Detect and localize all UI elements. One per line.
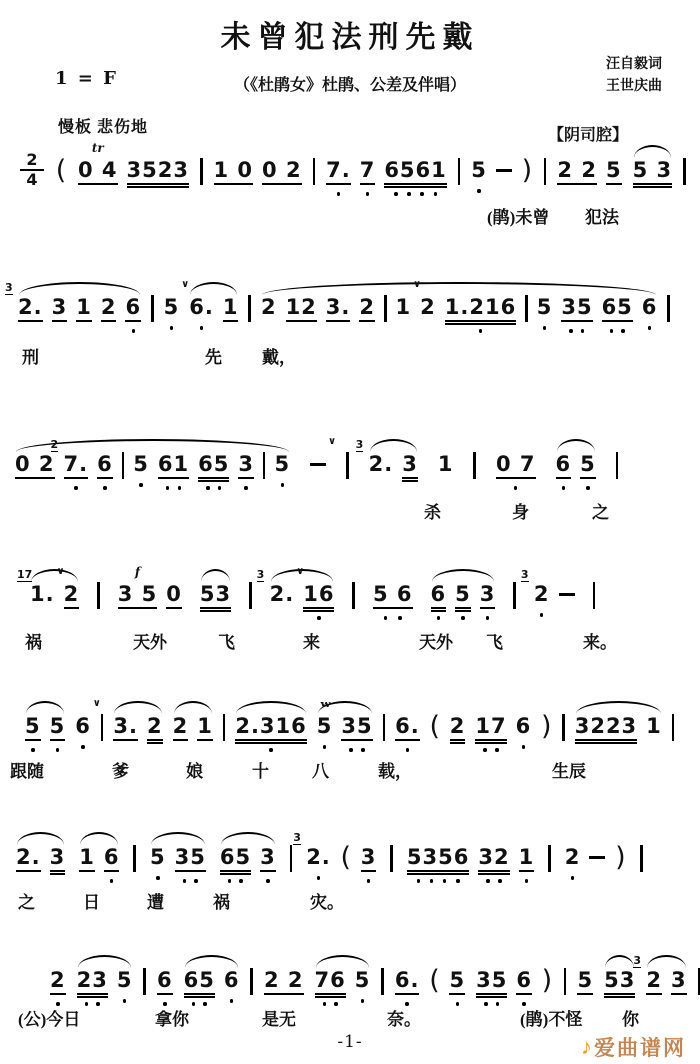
note-token: 16 <box>303 582 334 620</box>
barline <box>200 158 203 185</box>
note-digits: 65 <box>198 452 229 479</box>
duration-dash <box>310 463 326 466</box>
note-token: 2 <box>359 295 375 322</box>
slur-group: 65 <box>556 452 596 490</box>
note-digits: 5 6 <box>373 582 413 609</box>
note-digits: 35 <box>175 845 206 872</box>
barline <box>525 295 528 322</box>
note-token: 5 <box>455 582 471 620</box>
note-digits: 17 <box>475 714 506 741</box>
parenthesis: ) <box>614 845 626 871</box>
grace-note: 3 <box>257 569 265 582</box>
note-token: 3 <box>361 845 377 883</box>
note-digits: 3 <box>671 968 687 995</box>
note-digits: 3 <box>480 582 496 609</box>
lyric: 祸 <box>213 888 230 913</box>
octave-dots <box>516 745 532 749</box>
lyric: 先 <box>205 343 222 368</box>
note-digits: 5 <box>537 295 553 319</box>
parenthesis: ) <box>541 968 553 994</box>
note-token: 35 <box>341 714 372 752</box>
note-token: 65 <box>198 452 229 490</box>
breath-mark-icon: ∨ <box>93 698 101 710</box>
note-token: 5 3 <box>633 158 673 185</box>
note-token: 1 <box>438 452 454 476</box>
note-group: 2) <box>565 845 627 880</box>
note-token: tr0 4 <box>78 158 118 185</box>
note-digits: 6. <box>189 295 214 319</box>
music-line-6: 2.31653565332.(353563212) <box>0 845 700 883</box>
note-group: ∨ <box>310 452 326 466</box>
note-token: f3 5 <box>118 582 158 609</box>
note-token: 35 <box>561 295 592 333</box>
note-digits: 2. <box>270 582 295 606</box>
lyric: (鹃)未曾 <box>487 203 549 228</box>
note-token: 3 <box>480 582 496 620</box>
barline <box>249 582 252 609</box>
note-group: ( <box>55 158 67 184</box>
breath-mark-icon: ∨ <box>296 566 304 578</box>
octave-dots <box>25 748 41 752</box>
note-digits: 2 2 <box>557 158 597 185</box>
barline <box>263 452 266 479</box>
note-digits: 5 <box>455 582 471 609</box>
barline <box>544 158 547 185</box>
note-token: 2 <box>420 295 436 319</box>
octave-dots <box>360 192 376 196</box>
note-digits: 2 <box>101 295 117 322</box>
note-digits: 2 <box>450 714 466 741</box>
note-token: 0 7 <box>496 452 536 490</box>
note-token: 0 <box>166 582 182 609</box>
note-digits: 5356 <box>407 845 469 872</box>
octave-dots <box>77 1002 108 1006</box>
lyric: 来 <box>303 628 320 653</box>
lyric: 天外 <box>133 628 167 653</box>
note-digits: 3223 <box>575 714 637 741</box>
note-digits: 5 <box>274 452 290 476</box>
note-token: 1 <box>646 714 662 738</box>
breath-mark-icon: ∨ <box>328 436 336 448</box>
note-token: 5 <box>274 452 290 487</box>
note-digits: 2 <box>420 295 436 319</box>
parenthesis: ) <box>540 714 552 740</box>
note-digits: 3523 <box>127 158 189 185</box>
barline <box>562 714 565 741</box>
octave-dots <box>75 745 91 749</box>
slur-group: 535 <box>150 845 206 883</box>
lyric: 拿你 <box>155 1005 189 1030</box>
barline <box>346 452 349 479</box>
note-digits: 1 <box>223 295 239 322</box>
note-digits: 2 <box>173 714 189 741</box>
lyric: 戴， <box>262 343 296 368</box>
note-token: 2 <box>50 968 66 1006</box>
note-token: 35 <box>476 968 507 1006</box>
music-note-icon: ♪ <box>581 1036 592 1058</box>
note-token: 65 <box>602 295 633 333</box>
note-token: 3223 <box>575 714 637 741</box>
barline <box>672 714 675 741</box>
note-token: 3 <box>402 452 418 479</box>
slur-group: 5 3 <box>633 158 673 185</box>
note-group: 2 25 <box>557 158 621 185</box>
octave-dots <box>175 879 206 883</box>
lyric: 你 <box>622 1005 639 1030</box>
note-token: 1 <box>519 845 535 883</box>
note-token: 6 <box>516 968 532 1006</box>
note-digits: 32 <box>478 845 509 872</box>
note-token: 6 <box>125 295 141 333</box>
note-digits: 53 <box>200 582 231 609</box>
lyric: 奈。 <box>387 1005 421 1030</box>
music-line-3: 0 227.65616535∨32.310 765 <box>0 452 700 490</box>
note-digits: 1 <box>438 452 454 476</box>
note-digits: 2. <box>306 845 331 869</box>
note-digits: 2 <box>565 845 581 869</box>
note-digits: 3. <box>326 295 351 322</box>
note-token: 6. <box>395 968 420 1006</box>
note-token: 32 <box>646 968 662 995</box>
note-token: ∨5 <box>164 295 180 330</box>
slur-group: 6.1 <box>189 295 238 330</box>
note-digits: 2 <box>64 582 80 609</box>
octave-dots <box>260 879 276 883</box>
slur-group: 765 <box>315 968 371 1006</box>
slur-group: 235 <box>77 968 133 1006</box>
note-digits: 5 <box>449 968 465 995</box>
note-digits: 3 <box>361 845 377 872</box>
slur-group: 0 227.65616535 <box>15 452 290 490</box>
octave-dots <box>534 613 550 617</box>
barline <box>143 968 146 995</box>
grace-note: 3 <box>633 955 641 968</box>
note-digits: 2 <box>646 968 662 995</box>
lyric: 杀 <box>424 498 441 523</box>
octave-dots <box>306 876 331 880</box>
note-group: 1 <box>438 452 454 476</box>
octave-dots <box>537 326 553 330</box>
octave-dots <box>602 329 633 333</box>
octave-dots <box>315 1002 346 1006</box>
note-token: 2 2 <box>557 158 597 185</box>
note-group: 2 <box>50 968 66 1006</box>
note-token: 3 <box>238 452 254 490</box>
note-token: 3 <box>50 845 66 872</box>
slur-group: 17∨1.2 <box>30 582 79 609</box>
octave-dots <box>64 486 89 490</box>
note-token: 5 6 <box>373 582 413 620</box>
key-signature: 1 = F <box>55 68 118 89</box>
credits: 汪自毅词 王世庆曲 <box>606 54 662 98</box>
grace-note: 3 <box>5 282 13 295</box>
note-token: 0 2 <box>262 158 302 185</box>
note-digits: 5 <box>50 714 66 741</box>
note-token: 5 <box>50 714 66 752</box>
barline <box>381 968 384 995</box>
note-token: 32. <box>369 452 394 476</box>
note-token: 2 <box>147 714 163 741</box>
lyric: 日 <box>83 888 100 913</box>
breath-mark-icon: ∨ <box>413 279 421 291</box>
parenthesis: ) <box>521 158 533 184</box>
note-digits: 5 <box>150 845 166 869</box>
lyric: (鹃)不怪 <box>520 1005 582 1030</box>
note-digits: 3 <box>238 452 254 479</box>
barline <box>313 158 316 185</box>
octave-dots <box>496 486 536 490</box>
note-digits: 6. <box>395 968 420 995</box>
note-token: 6. <box>189 295 214 330</box>
note-token: 1 0 <box>214 158 254 185</box>
note-group: ∨5 <box>164 295 180 330</box>
note-token: 5356 <box>407 845 469 883</box>
note-digits: 0 2 <box>15 452 55 479</box>
page-title: 未曾犯法刑先戴 <box>0 12 700 56</box>
lyric: 八 <box>312 757 329 782</box>
note-token: 6 <box>97 452 113 490</box>
barline <box>101 714 104 741</box>
barline <box>683 158 686 185</box>
note-token: 1.216 <box>445 295 516 333</box>
note-digits: 1 <box>79 845 95 872</box>
note-digits: 5 <box>580 452 596 479</box>
note-digits: 16 <box>303 582 334 609</box>
octave-dots <box>395 748 420 752</box>
note-token: 23 <box>77 968 108 1006</box>
note-token: 5 <box>25 714 41 752</box>
note-digits: 12 <box>286 295 317 322</box>
note-token: 6561 <box>384 158 446 196</box>
octave-dots <box>50 748 66 752</box>
note-digits: 2 <box>50 968 66 995</box>
note-token: 17 <box>475 714 506 752</box>
note-digits: 0 2 <box>262 158 302 185</box>
grace-note: 3 <box>521 569 529 582</box>
lyric: 载， <box>378 757 412 782</box>
octave-dots <box>158 486 189 490</box>
octave-dots <box>580 486 596 490</box>
note-token: 3∨2. <box>270 582 295 606</box>
lyric: 身 <box>512 498 529 523</box>
octave-dots <box>317 745 333 749</box>
breath-mark-icon: ∨ <box>181 279 189 291</box>
note-token: 65 <box>220 845 251 883</box>
octave-dots <box>326 192 351 196</box>
note-digits: 35 <box>341 714 372 741</box>
note-token: ∨6 <box>75 714 91 749</box>
duration-dash <box>589 856 605 859</box>
mordent-icon: w <box>320 699 328 709</box>
composer-credit: 王世庆曲 <box>606 76 662 98</box>
note-token: 1 <box>223 295 239 322</box>
slur-group: 653 <box>431 582 496 620</box>
note-digits: ( <box>429 968 440 994</box>
note-token: 3 <box>52 295 68 322</box>
note-token: 76 <box>315 968 346 1006</box>
music-line-5: 55∨63.2212.316w5356.(2176)32231 <box>0 714 700 752</box>
note-token: 5 <box>537 295 553 330</box>
lyric: 犯法 <box>585 203 619 228</box>
note-token: 2 2 <box>264 968 304 995</box>
note-token: 32 <box>534 582 550 617</box>
note-token: 2 <box>565 845 581 880</box>
note-token: 5 <box>606 158 622 185</box>
note-digits: 3. <box>113 714 138 741</box>
note-digits: 65 <box>184 968 215 995</box>
barline <box>352 582 355 609</box>
note-digits: 6 <box>516 714 532 738</box>
note-group: 5) <box>471 158 533 193</box>
duration-dash <box>559 593 575 596</box>
note-token: 5 <box>449 968 465 1006</box>
slur-group: 32.3126 <box>18 295 141 333</box>
note-token: 3 <box>671 968 687 995</box>
octave-dots <box>274 483 290 487</box>
note-digits: 6 <box>104 845 120 872</box>
music-line-1: (tr0 435231 00 27.765615)2 255 3 <box>0 158 700 196</box>
lyric: (公)今日 <box>18 1005 80 1030</box>
tr-marking: tr <box>92 142 104 154</box>
note-group: ∨6 <box>75 714 91 749</box>
octave-dots <box>373 616 413 620</box>
dash-note: ∨ <box>310 452 326 466</box>
slur-group: 2.316 <box>235 714 306 752</box>
note-token: 6 <box>556 452 572 490</box>
slur-group: 3∨2.16 <box>270 582 335 620</box>
music-line-2: 32.3126∨56.12123.2∨121.216535656 <box>0 295 700 333</box>
note-token: 35 <box>175 845 206 883</box>
note-group: 5356321 <box>407 845 534 883</box>
slur-group: 323 <box>646 968 686 995</box>
octave-dots <box>104 879 120 883</box>
lyric: 祸 <box>25 628 42 653</box>
note-digits: 76 <box>315 968 346 995</box>
note-token: 1 <box>76 295 92 322</box>
note-digits: 23 <box>77 968 108 995</box>
octave-dots <box>117 999 133 1003</box>
octave-dots <box>519 879 535 883</box>
note-digits: 61 <box>158 452 189 479</box>
note-digits: 6 <box>125 295 141 322</box>
barline <box>458 158 461 185</box>
note-digits: 6. <box>395 714 420 741</box>
note-digits: 3 5 <box>118 582 158 609</box>
note-token: 65 <box>184 968 215 1006</box>
barline <box>97 582 100 609</box>
note-digits: 2 <box>359 295 375 322</box>
lyric: 飞 <box>218 628 235 653</box>
barline <box>390 845 393 872</box>
lyric: 飞 <box>486 628 503 653</box>
octave-dots <box>341 748 372 752</box>
lyric: 来。 <box>583 628 617 653</box>
note-token: 1 <box>79 845 95 872</box>
note-token: 2 <box>64 582 80 609</box>
note-digits: 6 <box>556 452 572 479</box>
octave-dots <box>642 326 658 330</box>
note-digits: 5 <box>577 968 593 995</box>
breath-mark-icon: ∨ <box>56 566 64 578</box>
octave-dots <box>235 748 306 752</box>
octave-dots <box>164 326 180 330</box>
lyric: 刑 <box>22 343 39 368</box>
note-digits: 1 <box>519 845 535 872</box>
note-token: 3 <box>260 845 276 883</box>
octave-dots <box>220 879 251 883</box>
octave-dots <box>431 616 447 620</box>
octave-dots <box>150 876 166 880</box>
note-token: 2 <box>450 714 466 741</box>
note-token: 3523 <box>127 158 189 185</box>
octave-dots <box>455 616 471 620</box>
parenthesis: ( <box>340 845 352 871</box>
note-group: tr0 43523 <box>78 158 189 185</box>
note-digits: 1 0 <box>214 158 254 185</box>
slur-group: w535 <box>317 714 373 752</box>
note-digits: 5 <box>25 714 41 741</box>
note-token: 2 <box>261 295 277 319</box>
octave-dots <box>478 879 509 883</box>
lyric: 爹 <box>112 757 129 782</box>
note-digits: 5 <box>133 452 149 476</box>
note-token: 7 <box>360 158 376 196</box>
note-digits: 3 <box>260 845 276 872</box>
dash-note <box>589 845 605 859</box>
note-digits: 6 <box>642 295 658 319</box>
note-digits: 7 <box>360 158 376 185</box>
note-digits: 6 <box>224 968 240 992</box>
barline <box>250 968 253 995</box>
site-name: 爱曲谱网 <box>594 1032 686 1062</box>
slur-group: 53 <box>200 582 231 609</box>
note-digits: 5 <box>164 295 180 319</box>
note-token: 5 <box>577 968 593 995</box>
octave-dots <box>361 879 377 883</box>
slur-group: 653 <box>220 845 276 883</box>
octave-dots <box>224 999 240 1003</box>
barline <box>223 714 226 741</box>
note-token: 5 <box>133 452 149 487</box>
octave-dots <box>476 1002 507 1006</box>
lyric: 遭 <box>147 888 164 913</box>
note-digits: 1. <box>30 582 55 606</box>
note-digits: ( <box>341 845 352 871</box>
note-digits: 5 <box>317 714 333 738</box>
octave-dots <box>565 876 581 880</box>
slur-group: 32.3 <box>369 452 418 479</box>
note-digits: 53 <box>604 968 635 995</box>
note-token: 27. <box>64 452 89 490</box>
lyric: 之 <box>18 888 35 913</box>
octave-dots <box>133 483 149 487</box>
barline <box>548 845 551 872</box>
note-digits: ) <box>615 845 626 871</box>
note-digits: 5 <box>471 158 487 182</box>
note-digits: 65 <box>602 295 633 322</box>
note-token: 2 <box>101 295 117 322</box>
note-group: 176) <box>475 714 552 752</box>
note-digits: 7. <box>64 452 89 479</box>
note-digits: 2 2 <box>264 968 304 995</box>
slur-group: 55 <box>25 714 65 752</box>
note-token: 1 <box>197 714 213 741</box>
octave-dots <box>125 329 141 333</box>
note-digits: 6 <box>431 582 447 609</box>
barline <box>640 845 643 872</box>
note-token: 7. <box>326 158 351 196</box>
note-digits: 1 <box>76 295 92 322</box>
